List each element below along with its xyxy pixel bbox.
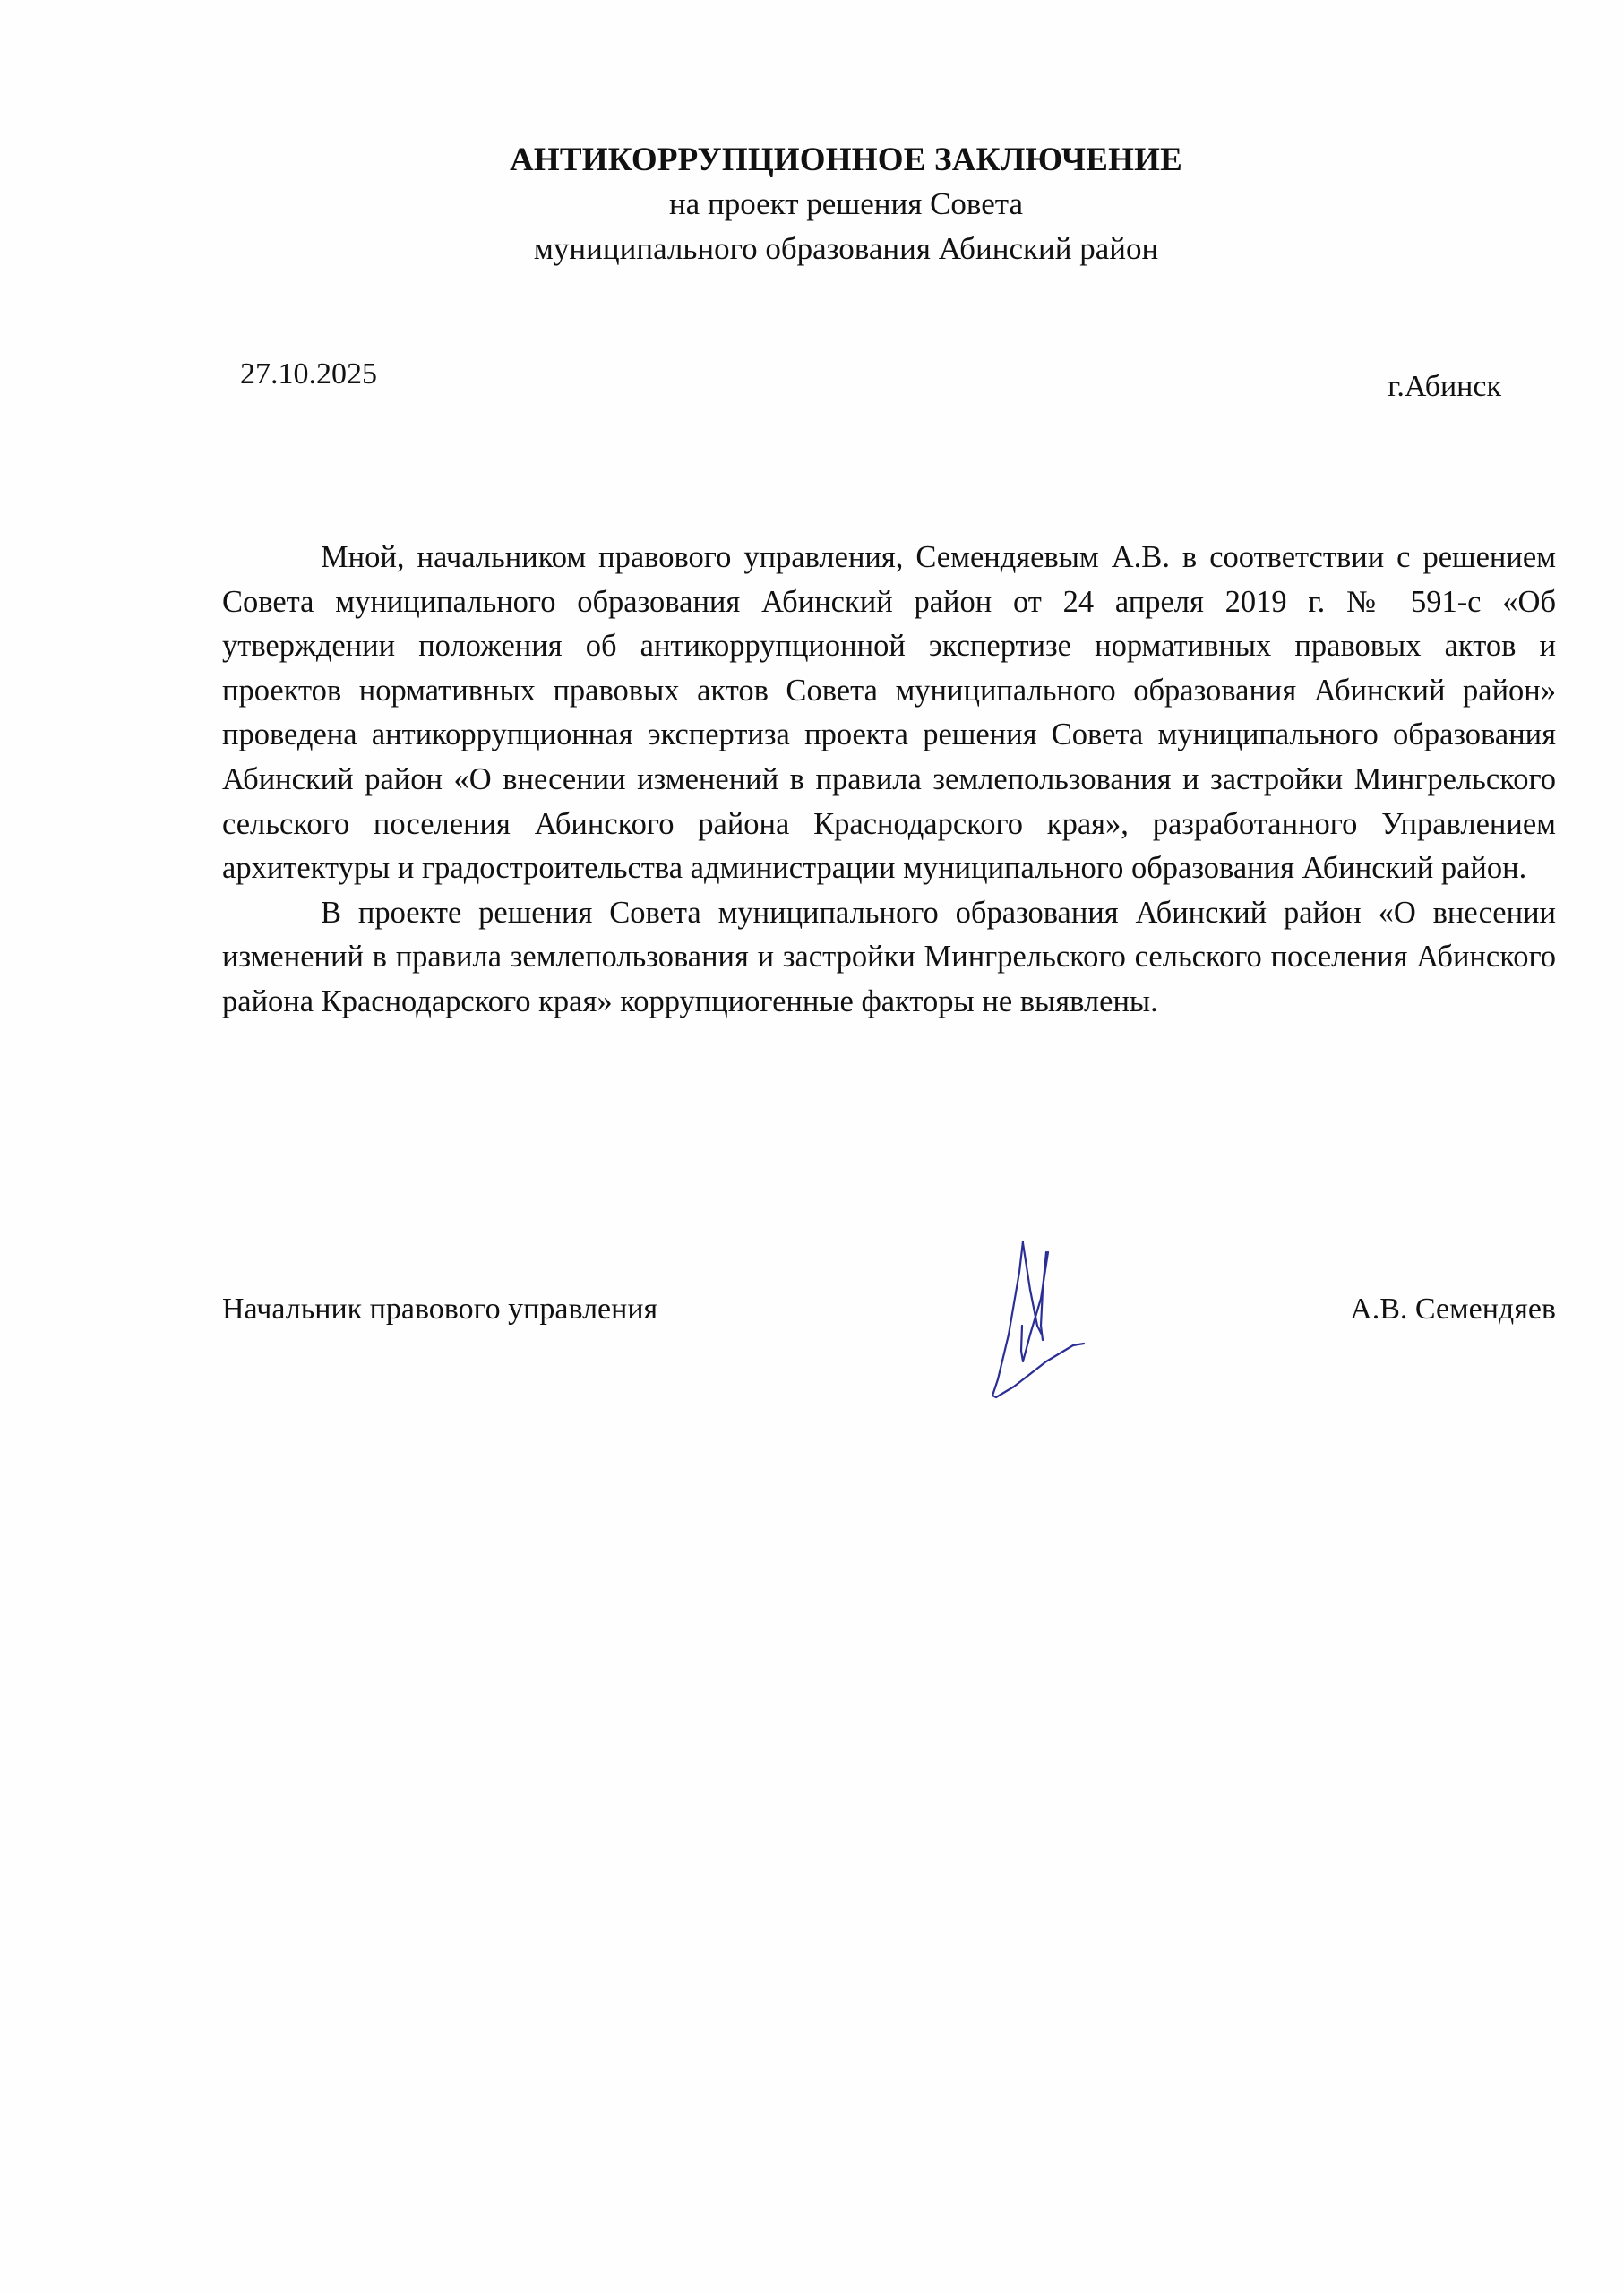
- signature-row: Начальник правового управления А.В. Семе…: [222, 1292, 1556, 1336]
- title-block: АНТИКОРРУПЦИОННОЕ ЗАКЛЮЧЕНИЕ на проект р…: [0, 139, 1624, 271]
- document-page: АНТИКОРРУПЦИОННОЕ ЗАКЛЮЧЕНИЕ на проект р…: [0, 0, 1624, 2293]
- handwritten-signature-icon: [984, 1236, 1109, 1402]
- document-body: Мной, начальником правового управления, …: [222, 536, 1556, 1025]
- signer-position: Начальник правового управления: [222, 1292, 657, 1327]
- document-city: г.Абинск: [1388, 369, 1501, 405]
- document-subtitle-line-1: на проект решения Совета: [68, 182, 1624, 227]
- body-paragraph-1: Мной, начальником правового управления, …: [222, 536, 1556, 891]
- body-paragraph-2: В проекте решения Совета муниципального …: [222, 891, 1556, 1025]
- document-title: АНТИКОРРУПЦИОННОЕ ЗАКЛЮЧЕНИЕ: [68, 139, 1624, 182]
- signer-name: А.В. Семендяев: [1350, 1292, 1556, 1327]
- document-subtitle-line-2: муниципального образования Абинский райо…: [68, 227, 1624, 271]
- document-date: 27.10.2025: [240, 356, 377, 392]
